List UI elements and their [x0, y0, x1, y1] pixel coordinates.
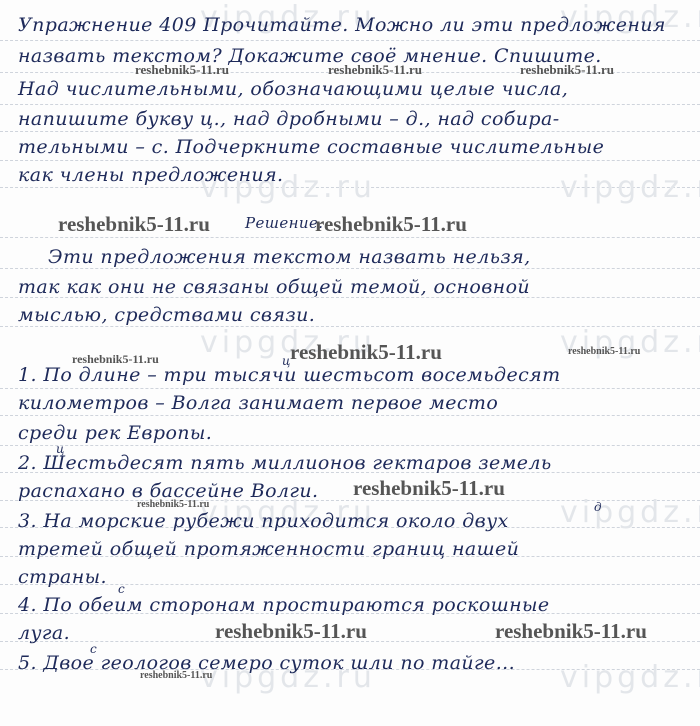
ruled-line [0, 415, 700, 416]
watermark-site: reshebnik5-11.ru [290, 340, 442, 365]
sentence-line: 2. Шестьдесят пять миллионов гектаров зе… [18, 452, 552, 474]
sentence-line: среди рек Европы. [18, 422, 212, 444]
ruled-line [0, 40, 700, 41]
task-line: как члены предложения. [18, 164, 284, 186]
task-line: Над числительными, обозначающими целые ч… [18, 78, 568, 100]
ruled-line [0, 445, 700, 446]
sentence-line: 4. По обеим сторонам простираются роскош… [18, 594, 550, 616]
sentence-line: 5. Двое геологов семеро суток шли по тай… [18, 652, 515, 674]
watermark-site: reshebnik5-11.ru [568, 346, 640, 357]
task-line: назвать текстом? Докажите своё мнение. С… [18, 45, 602, 67]
handwritten-page: vipgdz.ru vipgdz.ru vipgdz.ru vipgdz.ru … [0, 0, 700, 726]
sentence-line: 3. На морские рубежи приходится около дв… [18, 510, 509, 532]
sentence-line: 1. По длине – три тысячи шестьсот восемь… [18, 364, 561, 386]
watermark-faint: vipgdz.ru [560, 170, 700, 205]
watermark-site: reshebnik5-11.ru [215, 619, 367, 644]
watermark-faint: vipgdz.ru [560, 660, 700, 695]
watermark-site: reshebnik5-11.ru [135, 62, 229, 78]
answer-line: так как они не связаны общей темой, осно… [18, 276, 530, 298]
answer-line: Эти предложения текстом назвать нельзя, [48, 246, 531, 268]
task-line: Упражнение 409 Прочитайте. Можно ли эти … [18, 14, 666, 36]
watermark-site: reshebnik5-11.ru [353, 476, 505, 501]
watermark-site: reshebnik5-11.ru [328, 62, 422, 78]
watermark-site: reshebnik5-11.ru [520, 62, 614, 78]
watermark-site: reshebnik5-11.ru [315, 212, 467, 237]
ruled-line [0, 104, 700, 105]
answer-line: мыслью, средствами связи. [18, 304, 315, 326]
watermark-faint: vipgdz.ru [560, 495, 700, 530]
ruled-line [0, 237, 700, 238]
mark-d: д [594, 500, 602, 514]
watermark-site: reshebnik5-11.ru [137, 499, 209, 510]
sentence-line: километров – Волга занимает первое место [18, 392, 498, 414]
ruled-line [0, 268, 700, 269]
ruled-line [0, 160, 700, 161]
watermark-site: reshebnik5-11.ru [495, 619, 647, 644]
watermark-site: reshebnik5-11.ru [58, 212, 210, 237]
task-line: напишите букву ц., над дробными – д., на… [18, 108, 560, 130]
ruled-line [0, 388, 700, 389]
sentence-line: страны. [18, 566, 107, 588]
watermark-site: reshebnik5-11.ru [140, 670, 212, 681]
sentence-line: третей общей протяженности границ нашей [18, 538, 519, 560]
task-line: тельными – с. Подчеркните составные числ… [18, 136, 604, 158]
ruled-line [0, 131, 700, 132]
solution-heading: Решение. [245, 214, 323, 232]
sentence-line: луга. [18, 622, 70, 644]
